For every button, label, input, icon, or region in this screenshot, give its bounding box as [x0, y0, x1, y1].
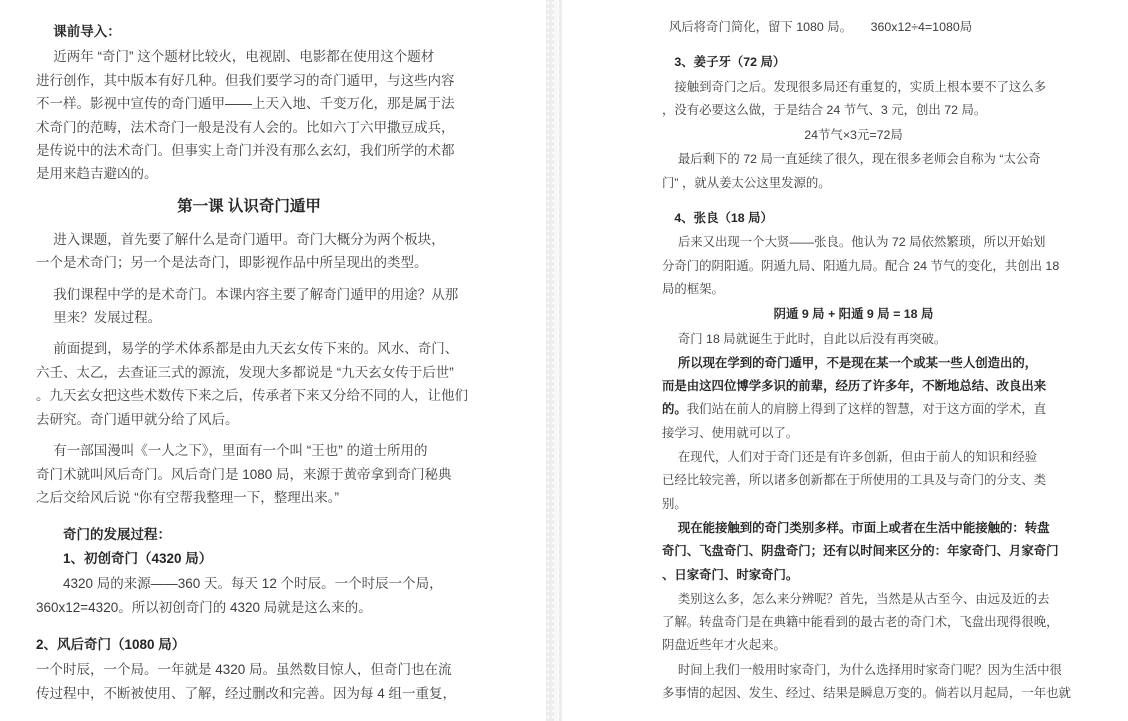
text-line: 接触到奇门之后。发现很多局还有重复的，实质上根本要不了这么多	[662, 76, 1045, 99]
paragraph: 时间上我们一般用时家奇门，为什么选择用时家奇门呢？因为生活中很多事情的起因、发生…	[662, 659, 1045, 706]
paragraph: 近两年 “奇门” 这个题材比较火，电视剧、电影都在使用这个题材进行创作，其中版本…	[36, 45, 462, 185]
paragraph: 接触到奇门之后。发现很多局还有重复的，实质上根本要不了这么多，没有必要这么做，于…	[662, 76, 1045, 123]
paragraph: 所以现在学到的奇门遁甲，不是现在某一个或某一些人创造出的，而是由这四位博学多识的…	[662, 352, 1045, 445]
page-1[interactable]: 课前导入： 近两年 “奇门” 这个题材比较火，电视剧、电影都在使用这个题材进行创…	[0, 0, 546, 721]
text-line: 去研究。奇门遁甲就分给了风后。	[36, 408, 462, 431]
paragraph: 前面提到，易学的学术体系都是由九天玄女传下来的。风水、奇门、六壬、太乙，去查证三…	[36, 337, 462, 431]
text-line: 我们课程中学的是术奇门。本课内容主要了解奇门遁甲的用途？从那	[36, 283, 462, 306]
text-line: 而是由这四位博学多识的前辈，经历了许多年，不断地总结、改良出来	[662, 375, 1045, 398]
text-line: 一个时辰，一个局。一年就是 4320 局。虽然数目惊人，但奇门也在流	[36, 658, 462, 681]
paragraph: 有一部国漫叫《一人之下》，里面有一个叫 “王也” 的道士所用的奇门术就叫风后奇门…	[36, 439, 462, 509]
text-line: 之后交给风后说 “你有空帮我整理一下，整理出来。”	[36, 486, 462, 509]
section-heading: 奇门的发展过程：	[36, 523, 462, 546]
page-2[interactable]: 风后将奇门简化，留下 1080 局。 360x12÷4=1080局 3、姜子牙（…	[562, 0, 1128, 721]
text-line: 2、风后奇门（1080 局）	[36, 633, 462, 656]
paragraph: 在现代，人们对于奇门还是有许多创新，但由于前人的知识和经验已经比较完善，所以诸多…	[662, 446, 1045, 516]
text-line: 第一课 认识奇门遁甲	[36, 194, 462, 220]
text-line: 一个是术奇门；另一个是法奇门，即影视作品中所呈现出的类型。	[36, 251, 462, 274]
text-run: 我们站在前人的肩膀上得到了这样的智慧，对于这方面的学术，直	[687, 402, 1046, 416]
paragraph: 现在能接触到的奇门类别多样。市面上或者在生活中能接触的：转盘奇门、飞盘奇门、阴盘…	[662, 517, 1045, 587]
section-heading: 2、风后奇门（1080 局）	[36, 633, 462, 656]
paragraph: 4320 局的来源——360 天。每天 12 个时辰。一个时辰一个局，360x1…	[36, 572, 462, 619]
text-line: 现在能接触到的奇门类别多样。市面上或者在生活中能接触的：转盘	[662, 517, 1045, 540]
text-line: 3、姜子牙（72 局）	[662, 51, 1045, 74]
section-heading: 4、张良（18 局）	[662, 207, 1045, 230]
text-line: 了解。转盘奇门是在典籍中能看到的最古老的奇门术，飞盘出现得很晚，	[662, 611, 1045, 634]
paragraph: 风后将奇门简化，留下 1080 局。 360x12÷4=1080局	[662, 16, 1045, 39]
text-line: 奇门术就叫风后奇门。风后奇门是 1080 局，来源于黄帝拿到奇门秘典	[36, 463, 462, 486]
text-line: 4320 局的来源——360 天。每天 12 个时辰。一个时辰一个局，	[36, 572, 462, 595]
text-line: 360x12=4320。所以初创奇门的 4320 局就是这么来的。	[36, 596, 462, 619]
text-line: 1、初创奇门（4320 局）	[36, 547, 462, 570]
text-line: 进入课题，首先要了解什么是奇门遁甲。奇门大概分为两个板块，	[36, 228, 462, 251]
paragraph: 进入课题，首先要了解什么是奇门遁甲。奇门大概分为两个板块，一个是术奇门；另一个是…	[36, 228, 462, 275]
text-line: 的。我们站在前人的肩膀上得到了这样的智慧，对于这方面的学术，直	[662, 398, 1045, 421]
page-gap-highlight	[554, 0, 559, 721]
text-line: 分奇门的阴阳遁。阴遁九局、阳遁九局。配合 24 节气的变化，共创出 18	[662, 255, 1045, 278]
text-line: 前面提到，易学的学术体系都是由九天玄女传下来的。风水、奇门、	[36, 337, 462, 360]
text-line: 、日家奇门、时家奇门。	[662, 564, 1045, 587]
bold-text-run: 所以现在学到的奇门遁甲，不是现在某一个或某一些人创造出的，	[662, 356, 1037, 370]
text-line: 类别这么多，怎么来分辨呢？首先，当然是从古至今、由远及近的去	[662, 588, 1045, 611]
text-line: 近两年 “奇门” 这个题材比较火，电视剧、电影都在使用这个题材	[36, 45, 462, 68]
paragraph: 一个时辰，一个局。一年就是 4320 局。虽然数目惊人，但奇门也在流传过程中，不…	[36, 658, 462, 705]
text-line: 风后将奇门简化，留下 1080 局。 360x12÷4=1080局	[662, 16, 1045, 39]
text-line: 传过程中，不断被使用、了解，经过删改和完善。因为每 4 组一重复，	[36, 682, 462, 705]
text-line: 是用来趋吉避凶的。	[36, 162, 462, 185]
text-line: 别。	[662, 493, 1045, 516]
text-line: 多事情的起因、发生、经过、结果是瞬息万变的。倘若以月起局，一年也就	[662, 682, 1045, 705]
text-line: 在现代，人们对于奇门还是有许多创新，但由于前人的知识和经验	[662, 446, 1045, 469]
text-line: 最后剩下的 72 局一直延续了很久，现在很多老师会自称为 “太公奇	[662, 148, 1045, 171]
paragraph: 后来又出现一个大贤——张良。他认为 72 局依然繁琐，所以开始划分奇门的阴阳遁。…	[662, 231, 1045, 301]
text-line: 里来？发展过程。	[36, 306, 462, 329]
text-line: 不一样。影视中宣传的奇门遁甲——上天入地、千变万化，那是属于法	[36, 92, 462, 115]
formula-line: 阴遁 9 局 + 阳遁 9 局 = 18 局	[662, 303, 1045, 326]
page-gap	[546, 0, 562, 721]
text-line: 后来又出现一个大贤——张良。他认为 72 局依然繁琐，所以开始划	[662, 231, 1045, 254]
text-line: ，没有必要这么做，于是结合 24 节气、3 元，创出 72 局。	[662, 99, 1045, 122]
paragraph: 类别这么多，怎么来分辨呢？首先，当然是从古至今、由远及近的去了解。转盘奇门是在典…	[662, 588, 1045, 658]
text-line: 奇门的发展过程：	[36, 523, 462, 546]
text-run: 接学习、使用就可以了。	[662, 426, 798, 440]
section-heading: 课前导入：	[36, 20, 462, 43]
text-line: 术奇门的范畴，法术奇门一般是没有人会的。比如六丁六甲撒豆成兵，	[36, 116, 462, 139]
text-line: 接学习、使用就可以了。	[662, 422, 1045, 445]
lesson-title: 第一课 认识奇门遁甲	[36, 194, 462, 220]
text-line: 局的框架。	[662, 278, 1045, 301]
text-line: 。九天玄女把这些术数传下来之后，传承者下来又分给不同的人，让他们	[36, 384, 462, 407]
section-heading: 3、姜子牙（72 局）	[662, 51, 1045, 74]
bold-text-run: 的。	[662, 402, 687, 416]
text-line: 课前导入：	[36, 20, 462, 43]
text-line: 已经比较完善，所以诸多创新都在于所使用的工具及与奇门的分支、类	[662, 469, 1045, 492]
bold-text-run: 而是由这四位博学多识的前辈，经历了许多年，不断地总结、改良出来	[662, 379, 1046, 393]
paragraph: 我们课程中学的是术奇门。本课内容主要了解奇门遁甲的用途？从那 里来？发展过程。	[36, 283, 462, 330]
text-line: 阴遁 9 局 + 阳遁 9 局 = 18 局	[662, 303, 1045, 326]
text-line: 进行创作，其中版本有好几种。但我们要学习的奇门遁甲，与这些内容	[36, 69, 462, 92]
text-line: 有一部国漫叫《一人之下》，里面有一个叫 “王也” 的道士所用的	[36, 439, 462, 462]
text-line: 4、张良（18 局）	[662, 207, 1045, 230]
text-line: 是传说中的法术奇门。但事实上奇门并没有那么玄幻，我们所学的术都	[36, 139, 462, 162]
text-line: 六壬、太乙，去查证三式的源流，发现大多都说是 “九天玄女传于后世”	[36, 361, 462, 384]
paragraph: 最后剩下的 72 局一直延续了很久，现在很多老师会自称为 “太公奇门” ，就从姜…	[662, 148, 1045, 195]
document-viewer: 课前导入： 近两年 “奇门” 这个题材比较火，电视剧、电影都在使用这个题材进行创…	[0, 0, 1128, 721]
paragraph: 奇门 18 局就诞生于此时，自此以后没有再突破。	[662, 328, 1045, 351]
text-line: 奇门 18 局就诞生于此时，自此以后没有再突破。	[662, 328, 1045, 351]
section-heading: 1、初创奇门（4320 局）	[36, 547, 462, 570]
text-line: 时间上我们一般用时家奇门，为什么选择用时家奇门呢？因为生活中很	[662, 659, 1045, 682]
formula-line: 24节气×3元=72局	[662, 124, 1045, 147]
text-line: 所以现在学到的奇门遁甲，不是现在某一个或某一些人创造出的，	[662, 352, 1045, 375]
text-line: 24节气×3元=72局	[662, 124, 1045, 147]
text-line: 阴盘近些年才火起来。	[662, 634, 1045, 657]
text-line: 门” ，就从姜太公这里发源的。	[662, 172, 1045, 195]
text-line: 奇门、飞盘奇门、阴盘奇门；还有以时间来区分的：年家奇门、月家奇门	[662, 540, 1045, 563]
